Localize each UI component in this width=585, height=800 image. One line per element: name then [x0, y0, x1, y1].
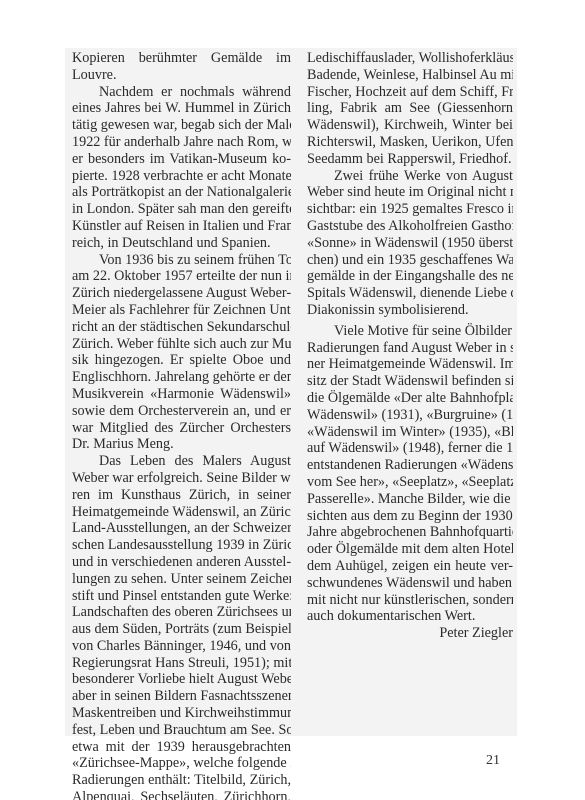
text-line: Richterswil, Masken, Uerikon, Ufenau,	[307, 134, 513, 151]
text-line: dem Auhügel, zeigen ein heute ver-	[307, 558, 513, 575]
text-line: «Sonne» in Wädenswil (1950 überstri-	[307, 235, 513, 252]
text-line: Englischhorn. Jahrelang gehörte er dem	[72, 369, 291, 386]
text-line: mit nicht nur künstlerischen, sondern	[307, 592, 513, 609]
text-line: ren im Kunsthaus Zürich, in seiner	[72, 487, 291, 504]
text-line: am 22. Oktober 1957 erteilte der nun in	[72, 268, 291, 285]
text-line: reich, in Deutschland und Spanien.	[72, 235, 291, 252]
text-line: sichten aus dem zu Beginn der 1930er	[307, 508, 513, 525]
text-line: Gaststube des Alkoholfreien Gasthofes	[307, 218, 513, 235]
text-line: sitz der Stadt Wädenswil befinden sich	[307, 373, 513, 390]
author-signature: Peter Ziegler	[307, 625, 513, 642]
text-line: ner Heimatgemeinde Wädenswil. Im Be-	[307, 356, 513, 373]
text-line: er besonders im Vatikan-Museum ko-	[72, 151, 291, 168]
text-line: Weber war erfolgreich. Seine Bilder wa-	[72, 470, 291, 487]
text-line: Wädenswil» (1931), «Burgruine» (1935),	[307, 407, 513, 424]
text-line: entstandenen Radierungen «Wädenswil	[307, 457, 513, 474]
text-line: eines Jahres bei W. Hummel in Zürich	[72, 100, 291, 117]
paragraph-start-line: Nachdem er nochmals während	[72, 84, 291, 101]
text-line: ling, Fabrik am See (Giessenhorn	[307, 100, 513, 117]
text-line: etwa mit der 1939 herausgebrachten	[72, 739, 291, 756]
paragraph-start-line: Von 1936 bis zu seinem frühen Tod	[72, 252, 291, 269]
text-line: oder Ölgemälde mit dem alten Hotel auf	[307, 541, 513, 558]
text-line: aber in seinen Bildern Fasnachtsszenen,	[72, 688, 291, 705]
text-line: besonderer Vorliebe hielt August Weber	[72, 671, 291, 688]
text-line: Dr. Marius Meng.	[72, 436, 291, 453]
text-line: sowie dem Orchesterverein an, und er	[72, 403, 291, 420]
paragraph-start-line: Das Leben des Malers August	[72, 453, 291, 470]
text-line: sik hingezogen. Er spielte Oboe und	[72, 352, 291, 369]
text-line: vom See her», «Seeplatz», «Seeplatz mit	[307, 474, 513, 491]
text-line: Wädenswil), Kirchweih, Winter bei	[307, 117, 513, 134]
text-line: Zürich niedergelassene August Weber-	[72, 285, 291, 302]
text-line: auf Wädenswil» (1948), ferner die 1930	[307, 440, 513, 457]
text-line: tätig gewesen war, begab sich der Maler	[72, 117, 291, 134]
text-line: Heimatgemeinde Wädenswil, an Zürich-	[72, 504, 291, 521]
text-line: Maskentreiben und Kirchweihstimmung	[72, 705, 291, 722]
text-line: schen Landesausstellung 1939 in Zürich	[72, 537, 291, 554]
text-line: Künstler auf Reisen in Italien und Frank…	[72, 218, 291, 235]
text-line: Regierungsrat Hans Streuli, 1951); mit	[72, 655, 291, 672]
text-line: Meier als Fachlehrer für Zeichnen Unter-	[72, 302, 291, 319]
text-line: Landschaften des oberen Zürichsees und	[72, 604, 291, 621]
text-line: stift und Pinsel entstanden gute Werke:	[72, 588, 291, 605]
text-line: und in verschiedenen anderen Ausstel-	[72, 554, 291, 571]
text-line: fest, Leben und Brauchtum am See. So	[72, 722, 291, 739]
right-text-column: Ledischiffauslader, Wollishoferkläuse,Ba…	[307, 50, 513, 642]
text-line: lungen zu sehen. Unter seinem Zeichen-	[72, 571, 291, 588]
text-line: schwundenes Wädenswil und haben da-	[307, 575, 513, 592]
text-line: richt an der städtischen Sekundarschule	[72, 319, 291, 336]
text-line: Weber sind heute im Original nicht mehr	[307, 184, 513, 201]
text-line: Badende, Weinlese, Halbinsel Au mit	[307, 67, 513, 84]
text-line: sichtbar: ein 1925 gemaltes Fresco in de…	[307, 201, 513, 218]
paragraph-start-line: Viele Motive für seine Ölbilder und	[307, 323, 513, 340]
text-line: Fischer, Hochzeit auf dem Schiff, Früh-	[307, 84, 513, 101]
text-line: Alpenquai, Sechseläuten, Zürichhorn,	[72, 789, 291, 800]
text-line: chen) und ein 1935 geschaffenes Wand-	[307, 252, 513, 269]
text-line: «Wädenswil im Winter» (1935), «Blick	[307, 424, 513, 441]
text-line: Ledischiffauslader, Wollishoferkläuse,	[307, 50, 513, 67]
text-line: Radierungen enthält: Titelbild, Zürich,	[72, 772, 291, 789]
text-line: Radierungen fand August Weber in sei-	[307, 340, 513, 357]
paragraph-start-line: Zwei frühe Werke von August	[307, 168, 513, 185]
text-line: Jahre abgebrochenen Bahnhofquartier	[307, 524, 513, 541]
text-line: gemälde in der Eingangshalle des neuen	[307, 268, 513, 285]
page-number: 21	[486, 753, 500, 769]
text-line: Spitals Wädenswil, dienende Liebe der	[307, 285, 513, 302]
text-line: 1922 für anderhalb Jahre nach Rom, wo	[72, 134, 291, 151]
text-line: pierte. 1928 verbrachte er acht Monate	[72, 168, 291, 185]
text-line: aus dem Süden, Porträts (zum Beispiel	[72, 621, 291, 638]
text-line: Zürich. Weber fühlte sich auch zur Mu-	[72, 336, 291, 353]
left-text-column: Kopieren berühmter Gemälde imLouvre.Nach…	[72, 50, 291, 800]
text-line: Musikverein «Harmonie Wädenswil»	[72, 386, 291, 403]
text-line: Diakonissin symbolisierend.	[307, 302, 513, 319]
text-line: Land-Ausstellungen, an der Schweizeri-	[72, 520, 291, 537]
text-line: als Porträtkopist an der Nationalgalerie	[72, 184, 291, 201]
text-line: «Zürichsee-Mappe», welche folgende 20	[72, 755, 291, 772]
text-line: in London. Später sah man den gereiften	[72, 201, 291, 218]
text-line: war Mitglied des Zürcher Orchesters	[72, 420, 291, 437]
text-line: auch dokumentarischen Wert.	[307, 608, 513, 625]
text-line: Passerelle». Manche Bilder, wie die An-	[307, 491, 513, 508]
text-line: Seedamm bei Rapperswil, Friedhof.	[307, 151, 513, 168]
text-line: von Charles Bänninger, 1946, und von	[72, 638, 291, 655]
text-line: Kopieren berühmter Gemälde im	[72, 50, 291, 67]
text-line: die Ölgemälde «Der alte Bahnhofplatz in	[307, 390, 513, 407]
text-line: Louvre.	[72, 67, 291, 84]
